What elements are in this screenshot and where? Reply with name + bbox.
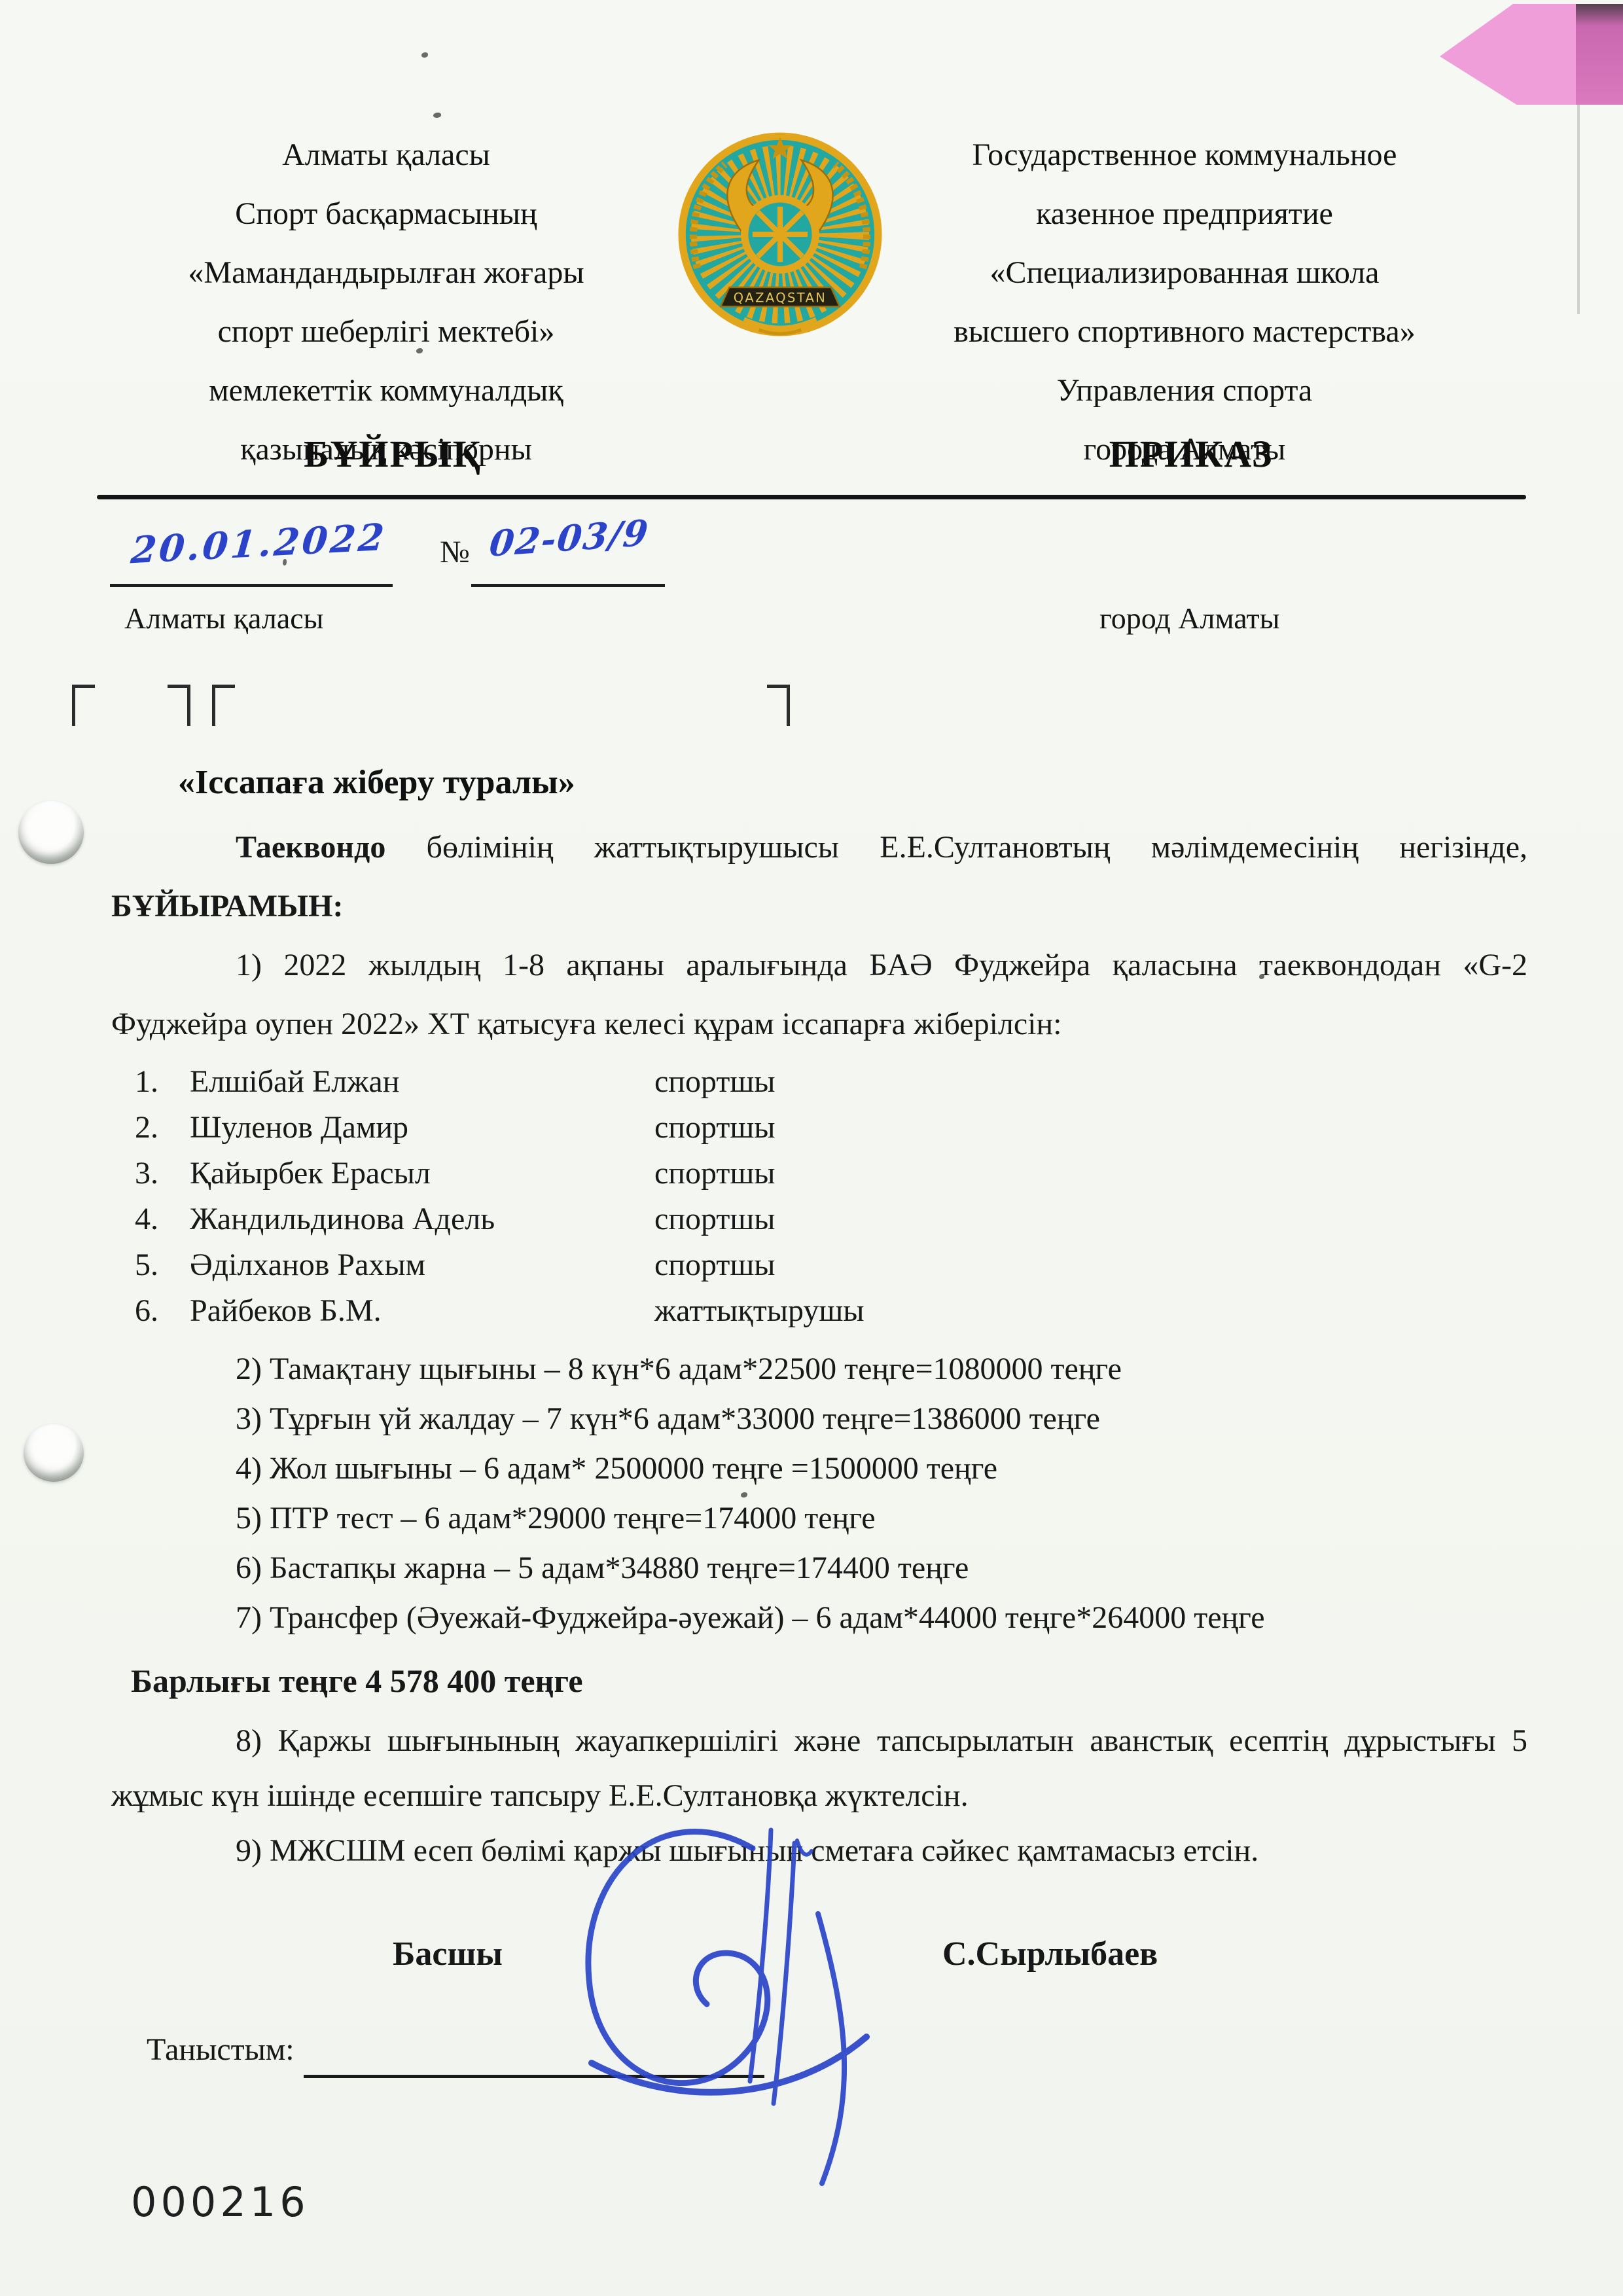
- letterhead-line: Алматы қаласы: [157, 126, 615, 185]
- roster-row: 4.Жандильдинова Адельспортшы: [111, 1196, 1527, 1242]
- kazakhstan-coat-of-arms: QAZAQSTAN: [674, 128, 886, 340]
- number-sign: №: [440, 534, 470, 570]
- order-heading-ru: ПРИКАЗ: [1021, 432, 1361, 476]
- signer-name: С.Сырлыбаев: [942, 1935, 1158, 1973]
- athlete-name: Райбеков Б.М.: [190, 1288, 382, 1334]
- clause-9: 9) МЖСШМ есеп бөлімі қаржы шығынын смета…: [111, 1823, 1527, 1878]
- expense-line: 3) Тұрғын үй жалдау – 7 күн*6 адам*33000…: [236, 1394, 1527, 1444]
- place-left: Алматы қаласы: [124, 601, 324, 636]
- athlete-name: Қайырбек Ерасыл: [190, 1151, 431, 1196]
- roster-number: 2.: [135, 1105, 158, 1151]
- intro-bold-order: БҰЙЫРАМЫН:: [111, 889, 343, 924]
- athlete-role: спортшы: [654, 1105, 776, 1151]
- athlete-role: спортшы: [654, 1059, 776, 1105]
- roster-number: 5.: [135, 1242, 158, 1288]
- scan-speck: [433, 113, 441, 118]
- hole-punch: [18, 801, 84, 864]
- hole-punch: [24, 1424, 84, 1482]
- letterhead-left: Алматы қаласы Спорт басқармасының «Маман…: [157, 126, 615, 479]
- athlete-name: Елшібай Елжан: [190, 1059, 399, 1105]
- number-underline: [471, 584, 665, 587]
- roster-number: 3.: [135, 1151, 158, 1196]
- signer-position-label: Басшы: [393, 1935, 503, 1973]
- intro-text: бөлімінің жаттықтырушысы Е.Е.Султановтың…: [385, 830, 1527, 865]
- intro-bold-lead: Таеквондо: [236, 830, 385, 865]
- roster-row: 6.Райбеков Б.М.жаттықтырушы: [111, 1288, 1527, 1334]
- roster-row: 5.Әділханов Рахымспортшы: [111, 1242, 1527, 1288]
- roster-number: 1.: [135, 1059, 158, 1105]
- expense-list: 2) Тамақтану щығыны – 8 күн*6 адам*22500…: [111, 1344, 1527, 1643]
- corner-mark: [72, 685, 95, 726]
- scanned-order-document: Алматы қаласы Спорт басқармасының «Маман…: [0, 0, 1623, 2296]
- athlete-role: спортшы: [654, 1196, 776, 1242]
- order-number-handwritten: 02-03/9: [488, 511, 651, 565]
- pink-flag-shadow: [1576, 4, 1623, 105]
- letterhead-line: высшего спортивного мастерства»: [916, 302, 1453, 361]
- clause-1: 1) 2022 жылдың 1-8 ақпаны аралығында БАӘ…: [111, 936, 1527, 1054]
- athlete-name: Жандильдинова Адель: [190, 1196, 495, 1242]
- trip-roster: 1.Елшібай Елжанспортшы 2.Шуленов Дамирсп…: [111, 1059, 1527, 1334]
- document-body: Таеквондо бөлімінің жаттықтырушысы Е.Е.С…: [111, 818, 1527, 1878]
- athlete-name: Әділханов Рахым: [190, 1242, 425, 1288]
- emblem-banner-text: QAZAQSTAN: [734, 291, 827, 306]
- athlete-role: спортшы: [654, 1242, 776, 1288]
- date-handwritten: 20.01.2022: [129, 516, 388, 573]
- expense-line: 2) Тамақтану щығыны – 8 күн*6 адам*22500…: [236, 1344, 1527, 1394]
- roster-number: 4.: [135, 1196, 158, 1242]
- scan-speck: [421, 52, 428, 58]
- acquainted-underline: [304, 2075, 764, 2078]
- page-counter-stamp: 000216: [131, 2178, 310, 2226]
- letterhead-line: казенное предприятие: [916, 185, 1453, 243]
- total-line: Барлығы теңге 4 578 400 теңге: [131, 1661, 1527, 1700]
- expense-line: 7) Трансфер (Әуежай-Фуджейра-әуежай) – 6…: [236, 1593, 1527, 1643]
- roster-row: 2.Шуленов Дамирспортшы: [111, 1105, 1527, 1151]
- document-title: «Іссапаға жіберу туралы»: [178, 763, 575, 802]
- place-right: город Алматы: [1099, 601, 1280, 636]
- expense-line: 4) Жол шығыны – 6 адам* 2500000 теңге =1…: [236, 1444, 1527, 1494]
- letterhead-line: Управления спорта: [916, 361, 1453, 420]
- order-heading-kk: БҰЙРЫҚ: [223, 432, 563, 476]
- corner-mark: [767, 685, 790, 726]
- letterhead-right: Государственное коммунальное казенное пр…: [916, 126, 1453, 479]
- letterhead-line: спорт шеберлігі мектебі»: [157, 302, 615, 361]
- corner-mark: [212, 685, 235, 726]
- roster-number: 6.: [135, 1288, 158, 1334]
- clause-8: 8) Қаржы шығынының жауапкершілігі және т…: [111, 1713, 1527, 1823]
- letterhead-line: Спорт басқармасының: [157, 185, 615, 243]
- date-underline: [110, 584, 393, 587]
- expense-line: 5) ПТР тест – 6 адам*29000 теңге=174000 …: [236, 1494, 1527, 1543]
- athlete-role: жаттықтырушы: [654, 1288, 865, 1334]
- letterhead-line: мемлекеттік коммуналдық: [157, 361, 615, 420]
- page-edge-line: [1577, 105, 1580, 314]
- acquainted-label: Таныстым:: [147, 2032, 294, 2068]
- athlete-name: Шуленов Дамир: [190, 1105, 408, 1151]
- intro-paragraph: Таеквондо бөлімінің жаттықтырушысы Е.Е.С…: [111, 818, 1527, 936]
- roster-row: 1.Елшібай Елжанспортшы: [111, 1059, 1527, 1105]
- header-rule: [97, 495, 1526, 499]
- roster-row: 3.Қайырбек Ерасылспортшы: [111, 1151, 1527, 1196]
- athlete-role: спортшы: [654, 1151, 776, 1196]
- letterhead-line: «Мамандандырылған жоғары: [157, 243, 615, 302]
- letterhead-line: Государственное коммунальное: [916, 126, 1453, 185]
- expense-line: 6) Бастапқы жарна – 5 адам*34880 теңге=1…: [236, 1543, 1527, 1593]
- letterhead-line: «Специализированная школа: [916, 243, 1453, 302]
- corner-mark: [168, 685, 190, 726]
